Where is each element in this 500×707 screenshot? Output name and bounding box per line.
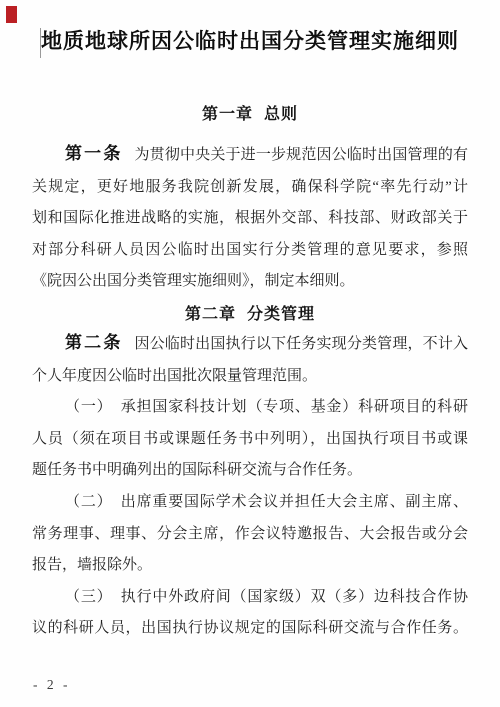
chapter1-heading: 第一章 总则	[32, 104, 468, 126]
item1-paragraph: （一） 承担国家科技计划（专项、基金）科研项目的科研 人员（须在项目书或课题任务…	[32, 392, 468, 487]
article1-line: 划和国际化推进战略的实施，根据外交部、科技部、财政部关于	[32, 203, 468, 235]
footer-page-number: - 2 -	[33, 677, 71, 693]
article1-line: 对部分科研人员因公临时出国实行分类管理的意见要求，参照	[32, 235, 468, 267]
article1-line-text: 为贯彻中央关于进一步规范因公临时出国管理的有	[135, 147, 469, 163]
document-content: 地质地球所因公临时出国分类管理实施细则 第一章 总则 第一条为贯彻中央关于进一步…	[32, 0, 468, 645]
item1-line: 人员（须在项目书或课题任务书中列明），出国执行项目书或课	[32, 424, 468, 456]
article1-label: 第一条	[65, 144, 123, 163]
item3-paragraph: （三） 执行中外政府间（国家级）双（多）边科技合作协 议的科研人员，出国执行协议…	[32, 582, 468, 645]
article1-line: 《院因公出国分类管理实施细则》，制定本细则。	[32, 266, 468, 298]
item3-line: 议的科研人员，出国执行协议规定的国际科研交流与合作任务。	[32, 613, 468, 645]
item1-line: 题任务书中明确列出的国际科研交流与合作任务。	[32, 455, 468, 487]
document-title: 地质地球所因公临时出国分类管理实施细则	[32, 26, 468, 56]
chapter2-heading: 第二章 分类管理	[32, 304, 468, 326]
document-page: 地质地球所因公临时出国分类管理实施细则 第一章 总则 第一条为贯彻中央关于进一步…	[0, 0, 500, 707]
article1-line: 关规定，更好地服务我院创新发展，确保科学院“率先行动”计	[32, 172, 468, 204]
article1-line: 第一条为贯彻中央关于进一步规范因公临时出国管理的有	[32, 138, 468, 172]
article2-line: 个人年度因公临时出国批次限量管理范围。	[32, 361, 468, 393]
item3-line: （三） 执行中外政府间（国家级）双（多）边科技合作协	[32, 582, 468, 614]
article2-label: 第二条	[65, 333, 123, 352]
article2-line-text: 因公临时出国执行以下任务实现分类管理，不计入	[135, 336, 469, 352]
article2-paragraph: 第二条因公临时出国执行以下任务实现分类管理，不计入 个人年度因公临时出国批次限量…	[32, 327, 468, 392]
article2-line: 第二条因公临时出国执行以下任务实现分类管理，不计入	[32, 327, 468, 361]
red-corner-mark	[6, 6, 17, 23]
item2-paragraph: （二） 出席重要国际学术会议并担任大会主席、副主席、 常务理事、理事、分会主席，…	[32, 487, 468, 582]
item2-line: （二） 出席重要国际学术会议并担任大会主席、副主席、	[32, 487, 468, 519]
article1-paragraph: 第一条为贯彻中央关于进一步规范因公临时出国管理的有 关规定，更好地服务我院创新发…	[32, 138, 468, 298]
item2-line: 常务理事、理事、分会主席，作会议特邀报告、大会报告或分会	[32, 519, 468, 551]
item2-line: 报告，墙报除外。	[32, 550, 468, 582]
item1-line: （一） 承担国家科技计划（专项、基金）科研项目的科研	[32, 392, 468, 424]
